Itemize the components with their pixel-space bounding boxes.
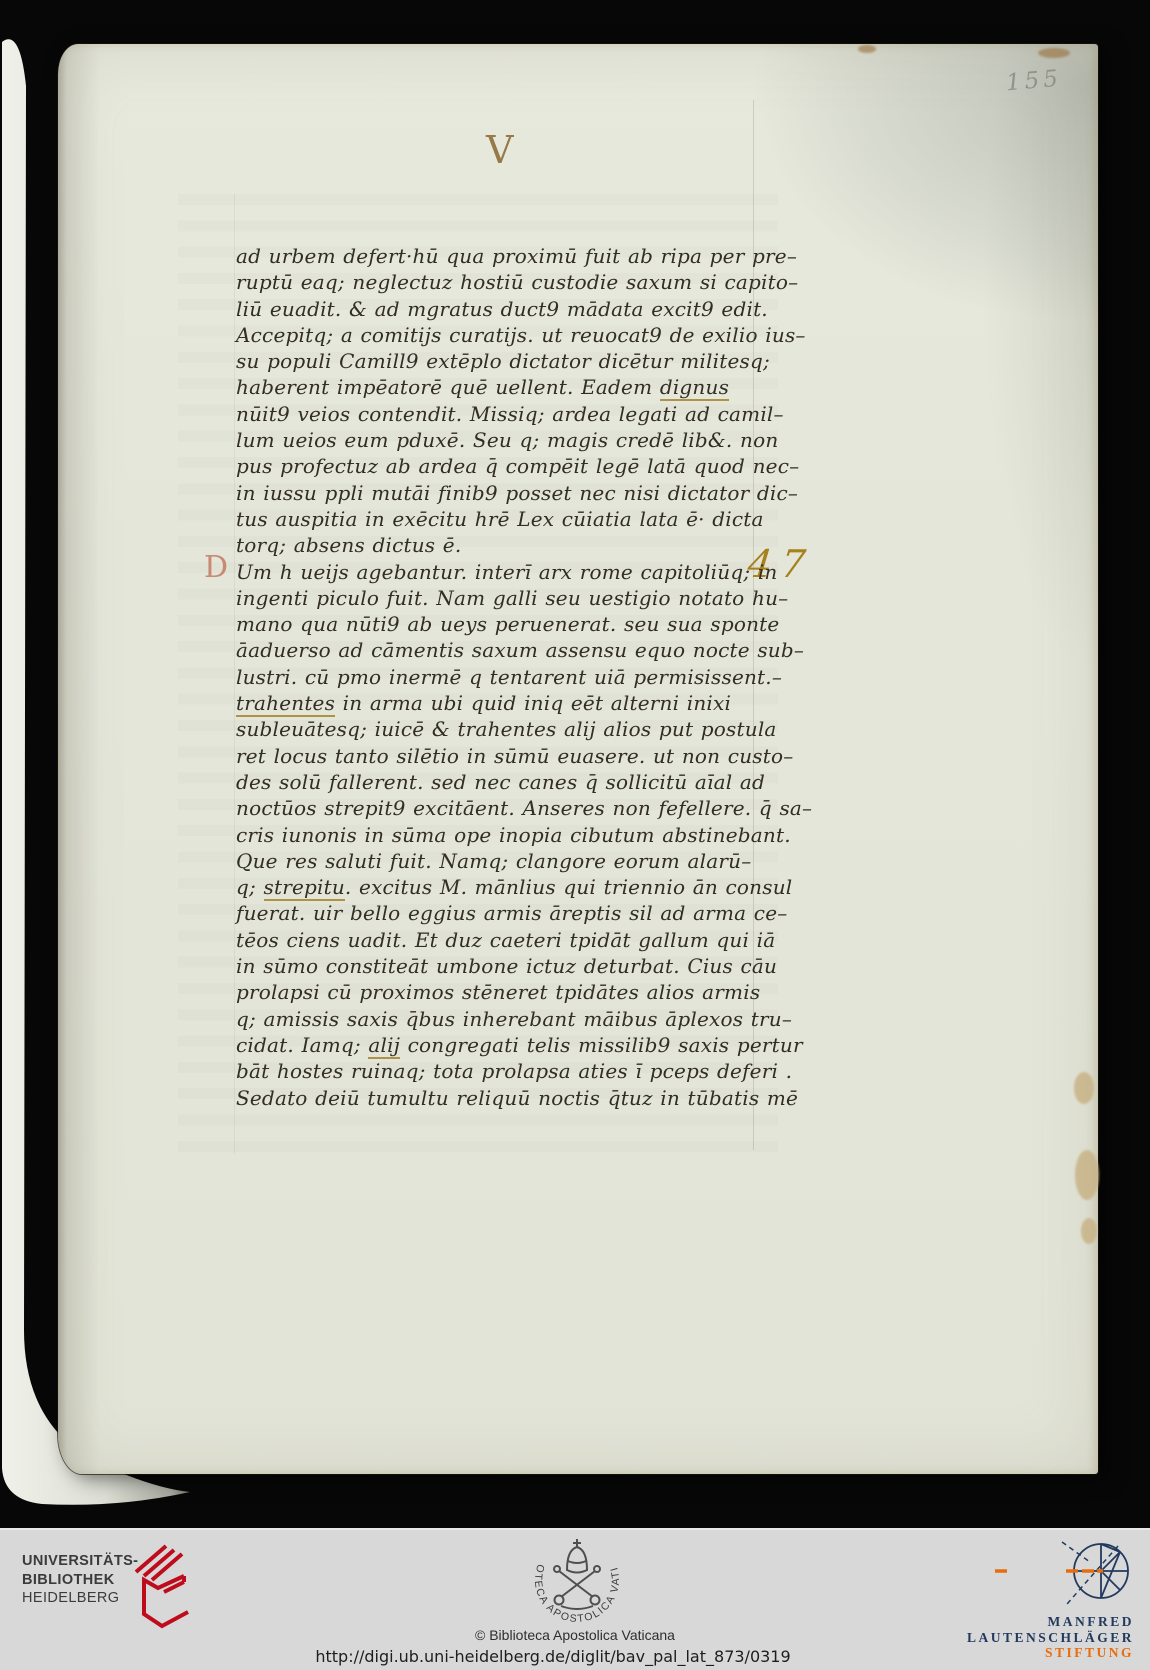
- manuscript-line: nūit9 veios contendit. Missiq; ardea leg…: [236, 401, 766, 427]
- manuscript-line: subleuātesq; iuicē & trahentes alij alio…: [236, 716, 766, 742]
- manuscript-line: bāt hostes ruinaq; tota prolapsa aties ī…: [236, 1058, 766, 1084]
- vatican-seal-icon: BIBLIOTECA APOSTOLICA VATICANA: [497, 1534, 657, 1634]
- svg-text:BIBLIOTECA APOSTOLICA VATICANA: BIBLIOTECA APOSTOLICA VATICANA: [497, 1534, 622, 1625]
- manuscript-line: Um h ueijs agebantur. interī arx rome ca…: [236, 559, 766, 585]
- manuscript-line: ad urbem defert·hū qua proximū fuit ab r…: [236, 243, 766, 269]
- crossed-keys-tiara: [554, 1539, 600, 1609]
- manuscript-line: fuerat. uir bello eggius armis āreptis s…: [236, 900, 766, 926]
- underlined-word: strepitu: [264, 875, 345, 901]
- mls-line-1: MANFRED: [967, 1614, 1134, 1630]
- manuscript-line: tus auspitia in exēcitu hrē Lex cūiatia …: [236, 506, 766, 532]
- manuscript-line: prolapsi cū proximos stēneret tpidātes a…: [236, 979, 766, 1005]
- manuscript-page: 155 V D 47 ad urbem defert·hū qua proxim…: [58, 44, 1098, 1474]
- manuscript-line: liū euadit. & ad mgratus duct9 mādata ex…: [236, 296, 766, 322]
- manuscript-line: q; strepitu. excitus M. mānlius qui trie…: [236, 874, 766, 900]
- footer-bar: UNIVERSITÄTS- BIBLIOTHEK HEIDELBERG BIBL…: [0, 1528, 1150, 1670]
- manuscript-line: lustri. cū pmo inermē q tentarent uiā pe…: [236, 664, 766, 690]
- mls-globe-icon: [985, 1534, 1145, 1610]
- page-stain: [1074, 1072, 1094, 1104]
- drop-initial-d: D: [204, 550, 228, 585]
- manuscript-text: ad urbem defert·hū qua proximū fuit ab r…: [236, 243, 766, 1111]
- manuscript-line: in iussu ppli mutāi finib9 posset nec ni…: [236, 480, 766, 506]
- manuscript-line: ruptū eaq; neglectuz hostiū custodie sax…: [236, 269, 766, 295]
- underlined-word: dignus: [660, 375, 729, 401]
- folio-number: 155: [1005, 66, 1063, 97]
- quire-signature: V: [486, 128, 513, 172]
- manuscript-line: tēos ciens uadit. Et duz caeteri tpidāt …: [236, 927, 766, 953]
- manuscript-line: pus profectuz ab ardea q̄ compēit legē l…: [236, 453, 766, 479]
- manuscript-line: su populi Camill9 extēplo dictator dicēt…: [236, 348, 766, 374]
- ruling-line-left: [234, 194, 235, 1154]
- manuscript-line: Que res saluti fuit. Namq; clangore eoru…: [236, 848, 766, 874]
- manuscript-line: haberent impēatorē quē uellent. Eadem di…: [236, 374, 766, 400]
- page-stain: [1038, 48, 1070, 58]
- page-stain: [1075, 1150, 1099, 1200]
- manuscript-line: lum ueios eum pduxē. Seu q; magis credē …: [236, 427, 766, 453]
- seal-ring-text: BIBLIOTECA APOSTOLICA VATICANA: [497, 1534, 622, 1625]
- manuscript-line: q; amissis saxis q̄bus inherebant māibus…: [236, 1006, 766, 1032]
- manuscript-line: cidat. Iamq; alij congregati telis missi…: [236, 1032, 766, 1058]
- manuscript-line: ret locus tanto silētio in sūmū euasere.…: [236, 743, 766, 769]
- manuscript-line: trahentes in arma ubi quid iniq eēt alte…: [236, 690, 766, 716]
- manuscript-line: des solū fallerent. sed nec canes q̄ sol…: [236, 769, 766, 795]
- manuscript-line: Sedato deiū tumultu reliquū noctis q̄tuz…: [236, 1085, 766, 1111]
- page-stain: [1081, 1218, 1097, 1244]
- page-stain: [858, 45, 876, 53]
- manuscript-line: āaduerso ad cāmentis saxum assensu equo …: [236, 637, 766, 663]
- underlined-word: alij: [368, 1033, 400, 1059]
- manuscript-line: in sūmo constiteāt umbone ictuz deturbat…: [236, 953, 766, 979]
- ub-heidelberg-book-icon: [106, 1534, 218, 1630]
- manuscript-line: Accepitq; a comitijs curatijs. ut reuoca…: [236, 322, 766, 348]
- manuscript-line: ingenti piculo fuit. Nam galli seu uesti…: [236, 585, 766, 611]
- scan-url: http://digi.ub.uni-heidelberg.de/diglit/…: [0, 1647, 1106, 1666]
- manuscript-line: noctūos strepit9 excitāent. Anseres non …: [236, 795, 766, 821]
- manuscript-line: torq; absens dictus ē.: [236, 532, 766, 558]
- underlined-word: trahentes: [236, 691, 335, 717]
- mls-line-3: STIFTUNG: [967, 1645, 1134, 1661]
- mls-line-2: LAUTENSCHLÄGER: [967, 1630, 1134, 1646]
- manuscript-line: mano qua nūti9 ab ueys peruenerat. seu s…: [236, 611, 766, 637]
- manuscript-line: cris iunonis in sūma ope inopia cibutum …: [236, 822, 766, 848]
- mls-wordmark: MANFRED LAUTENSCHLÄGER STIFTUNG: [967, 1614, 1134, 1661]
